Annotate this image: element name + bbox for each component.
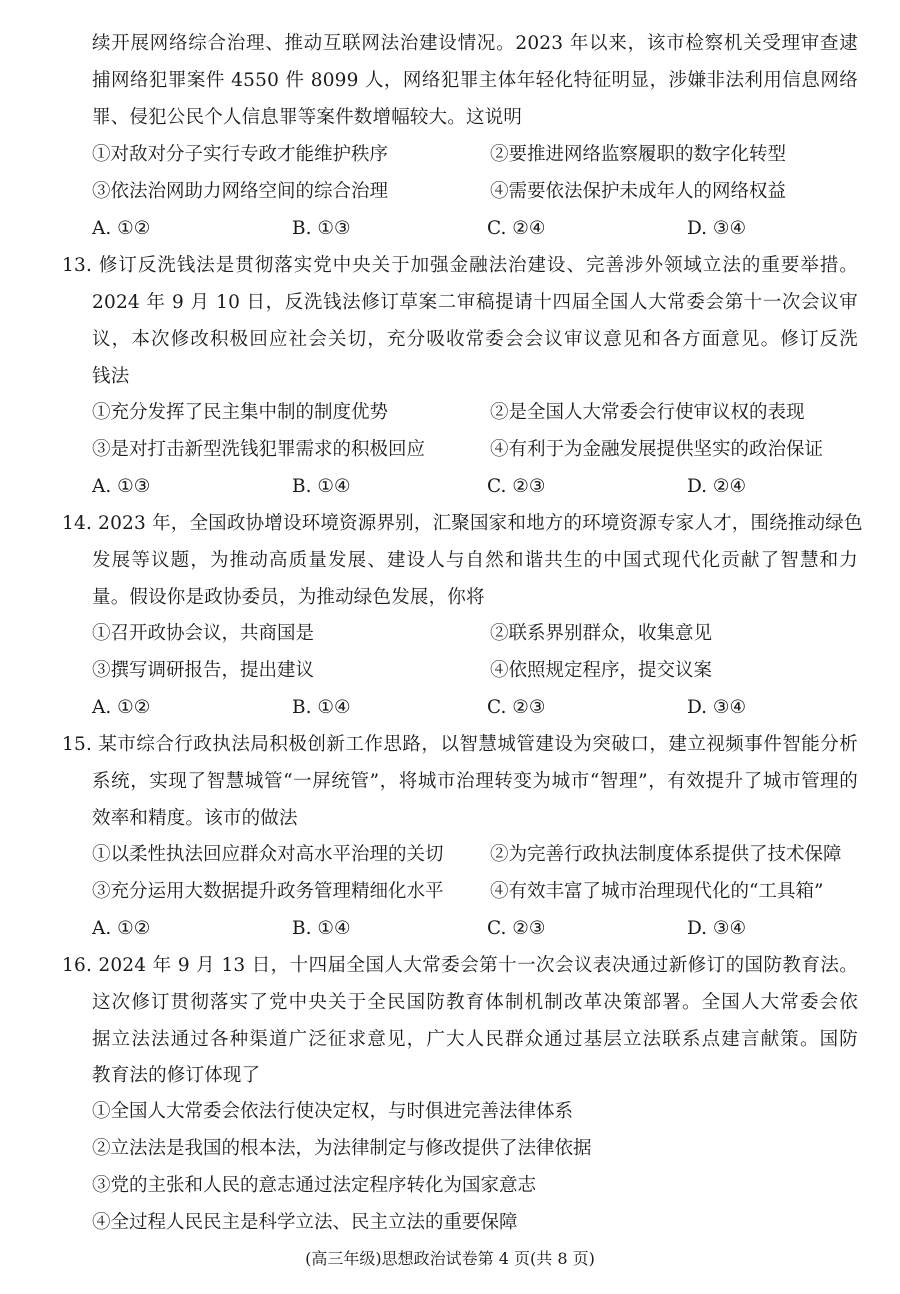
choice-d: D. ③④ [687,696,746,720]
question-stem-line: 系统，实现了智慧城管“一屏统管”，将城市治理转变为城市“智理”，有效提升了城市管… [92,770,858,794]
question-stem-line: 13. 修订反洗钱法是贯彻落实党中央关于加强金融法治建设、完善涉外领域立法的重要… [62,254,858,278]
option-2: ②联系界别群众，收集意见 [490,622,712,646]
choice-c: C. ②③ [487,696,545,720]
choice-a: A. ①② [92,696,150,720]
exam-page: 续开展网络综合治理、推动互联网法治建设情况。2023 年以来，该市检察机关受理审… [0,0,900,1294]
answer-choices: A. ①③ B. ①④ C. ②③ D. ②④ [92,475,792,499]
option-3: ③依法治网助力网络空间的综合治理 [92,180,388,204]
choice-b: B. ①④ [292,696,351,720]
choice-c: C. ②④ [487,217,545,241]
option-2: ②立法法是我国的根本法，为法律制定与修改提供了法律依据 [92,1137,592,1161]
option-2: ②要推进网络监察履职的数字化转型 [490,143,786,167]
option-4: ④有效丰富了城市治理现代化的“工具箱” [490,880,823,904]
option-1: ①以柔性执法回应群众对高水平治理的关切 [92,843,444,867]
choice-c: C. ②③ [487,917,545,941]
question-stem-line: 议，本次修改积极回应社会关切，充分吸收常委会会议审议意见和各方面意见。修订反洗 [92,328,858,352]
choice-b: B. ①③ [292,217,351,241]
question-stem-line: 这次修订贯彻落实了党中央关于全民国防教育体制机制改革决策部署。全国人大常委会依 [92,991,858,1015]
option-1: ①对敌对分子实行专政才能维护秩序 [92,143,388,167]
answer-choices: A. ①② B. ①④ C. ②③ D. ③④ [92,917,792,941]
option-3: ③党的主张和人民的意志通过法定程序转化为国家意志 [92,1174,536,1198]
question-stem-line: 续开展网络综合治理、推动互联网法治建设情况。2023 年以来，该市检察机关受理审… [92,32,858,56]
question-stem-line: 16. 2024 年 9 月 13 日，十四届全国人大常委会第十一次会议表决通过… [62,954,858,978]
choice-d: D. ③④ [687,217,746,241]
question-stem-line: 效率和精度。该市的做法 [92,807,858,831]
option-4: ④有利于为金融发展提供坚实的政治保证 [490,438,823,462]
choice-b: B. ①④ [292,917,351,941]
question-stem-line: 捕网络犯罪案件 4550 件 8099 人，网络犯罪主体年轻化特征明显，涉嫌非法… [92,69,858,93]
option-2: ②是全国人大常委会行使审议权的表现 [490,401,805,425]
answer-choices: A. ①② B. ①④ C. ②③ D. ③④ [92,696,792,720]
choice-c: C. ②③ [487,475,545,499]
choice-d: D. ③④ [687,917,746,941]
option-4: ④依照规定程序，提交议案 [490,659,712,683]
option-3: ③是对打击新型洗钱犯罪需求的积极回应 [92,438,425,462]
question-stem-line: 罪、侵犯公民个人信息罪等案件数增幅较大。这说明 [92,106,858,130]
choice-a: A. ①③ [92,475,150,499]
question-stem-line: 2024 年 9 月 10 日，反洗钱法修订草案二审稿提请十四届全国人大常委会第… [92,291,858,315]
page-footer: (高三年级)思想政治试卷第 4 页(共 8 页) [0,1249,900,1269]
question-stem-line: 教育法的修订体现了 [92,1064,858,1088]
question-stem-line: 14. 2023 年，全国政协增设环境资源界别，汇聚国家和地方的环境资源专家人才… [62,512,858,536]
option-4: ④需要依法保护未成年人的网络权益 [490,180,786,204]
choice-a: A. ①② [92,217,150,241]
question-stem-line: 发展等议题，为推动高质量发展、建设人与自然和谐共生的中国式现代化贡献了智慧和力 [92,549,858,573]
question-stem-line: 15. 某市综合行政执法局积极创新工作思路，以智慧城管建设为突破口，建立视频事件… [62,733,858,757]
question-stem-line: 据立法法通过各种渠道广泛征求意见，广大人民群众通过基层立法联系点建言献策。国防 [92,1028,858,1052]
option-4: ④全过程人民民主是科学立法、民主立法的重要保障 [92,1211,518,1235]
answer-choices: A. ①② B. ①③ C. ②④ D. ③④ [92,217,792,241]
choice-a: A. ①② [92,917,150,941]
choice-d: D. ②④ [687,475,746,499]
option-3: ③充分运用大数据提升政务管理精细化水平 [92,880,444,904]
option-3: ③撰写调研报告，提出建议 [92,659,314,683]
question-stem-line: 钱法 [92,365,858,389]
option-2: ②为完善行政执法制度体系提供了技术保障 [490,843,842,867]
choice-b: B. ①④ [292,475,351,499]
question-stem-line: 量。假设你是政协委员，为推动绿色发展，你将 [92,586,858,610]
option-1: ①召开政协会议，共商国是 [92,622,314,646]
option-1: ①充分发挥了民主集中制的制度优势 [92,401,388,425]
option-1: ①全国人大常委会依法行使决定权，与时俱进完善法律体系 [92,1100,573,1124]
